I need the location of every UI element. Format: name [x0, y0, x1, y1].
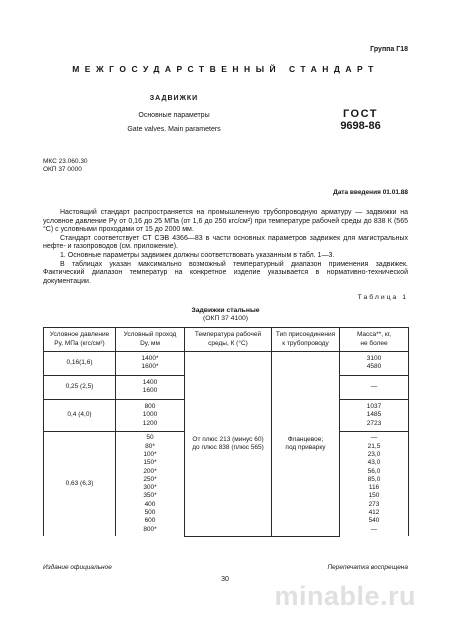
table-caption: Таблица 1 [43, 294, 408, 301]
dn-cell: 50 80* 100* 150* 200* 250* 300* 350* 400… [116, 431, 185, 536]
dn-cell: 800 1000 1200 [116, 399, 185, 431]
table-title: Задвижки стальные [43, 307, 408, 315]
table-title-code: (ОКП 37 4100) [43, 315, 408, 323]
mass-cell: — [340, 375, 409, 399]
table-header-row: Условное давление Ру, МПа (кгс/см²) Усло… [44, 328, 409, 352]
doc-subtitle: Основные параметры [43, 112, 305, 119]
col-header-mass: Масса**, кг, не более [340, 328, 409, 352]
group-label: Группа Г18 [43, 46, 408, 53]
title-row: ЗАДВИЖКИ Основные параметры Gate valves.… [43, 95, 408, 139]
paragraph-sev-correspondence: Стандарт соответствует СТ СЭВ 4366—83 в … [43, 235, 408, 252]
table-row-group: 0,16(1,6) 1400* 1600* От плюс 213 (минус… [44, 351, 409, 375]
scanned-standard-page: Группа Г18 МЕЖГОСУДАРСТВЕННЫЙ СТАНДАРТ З… [0, 0, 450, 636]
standard-number: 9698-86 [313, 120, 408, 132]
dn-cell: 1400 1600 [116, 375, 185, 399]
col-header-temperature: Температура рабочей среды, К (°С) [185, 328, 272, 352]
site-watermark: minable.ru [274, 581, 416, 612]
doc-subtitle-en: Gate valves. Main parameters [43, 126, 305, 133]
mass-cell: — 21,5 23,0 43,0 56,0 85,0 116 150 273 4… [340, 431, 409, 536]
body-text: Настоящий стандарт распространяется на п… [43, 209, 408, 286]
doc-type-heading: МЕЖГОСУДАРСТВЕННЫЙ СТАНДАРТ [43, 64, 408, 74]
doc-title: ЗАДВИЖКИ [43, 95, 305, 102]
steel-gate-valves-table: Условное давление Ру, МПа (кгс/см²) Усло… [43, 327, 409, 537]
col-header-connection: Тип присоединения к трубопроводу [272, 328, 340, 352]
official-edition-note: Издание официальное [43, 564, 112, 571]
reprint-prohibited-note: Перепечатка воспрещена [327, 564, 408, 571]
standard-name: ГОСТ [313, 108, 408, 120]
col-header-pressure: Условное давление Ру, МПа (кгс/см²) [44, 328, 116, 352]
paragraph-temperature-note: В таблицах указан максимально возможный … [43, 261, 408, 287]
col-header-nominal-bore: Условный проход Dу, мм [116, 328, 185, 352]
mass-cell: 1037 1485 2723 [340, 399, 409, 431]
connection-cell: Фланцевое; под приварку [272, 351, 340, 536]
title-block: ЗАДВИЖКИ Основные параметры Gate valves.… [43, 95, 305, 133]
page-content: Группа Г18 МЕЖГОСУДАРСТВЕННЫЙ СТАНДАРТ З… [43, 0, 408, 537]
pressure-cell: 0,4 (4,0) [44, 399, 116, 431]
standard-designation: ГОСТ 9698-86 [313, 108, 408, 132]
okp-code: ОКП 37 0000 [43, 166, 408, 174]
paragraph-scope: Настоящий стандарт распространяется на п… [43, 209, 408, 235]
paragraph-clause-1: 1. Основные параметры задвижек должны со… [43, 252, 408, 261]
classification-codes: МКС 23.060.30 ОКП 37 0000 [43, 158, 408, 174]
dn-cell: 1400* 1600* [116, 351, 185, 375]
mass-cell: 3100 4580 [340, 351, 409, 375]
effective-date: Дата введения 01.01.88 [43, 189, 408, 196]
temperature-cell: От плюс 213 (минус 60) до плюс 838 (плюс… [185, 351, 272, 536]
pressure-cell: 0,16(1,6) [44, 351, 116, 375]
pressure-cell: 0,63 (6,3) [44, 431, 116, 536]
pressure-cell: 0,25 (2,5) [44, 375, 116, 399]
mks-code: МКС 23.060.30 [43, 158, 408, 166]
